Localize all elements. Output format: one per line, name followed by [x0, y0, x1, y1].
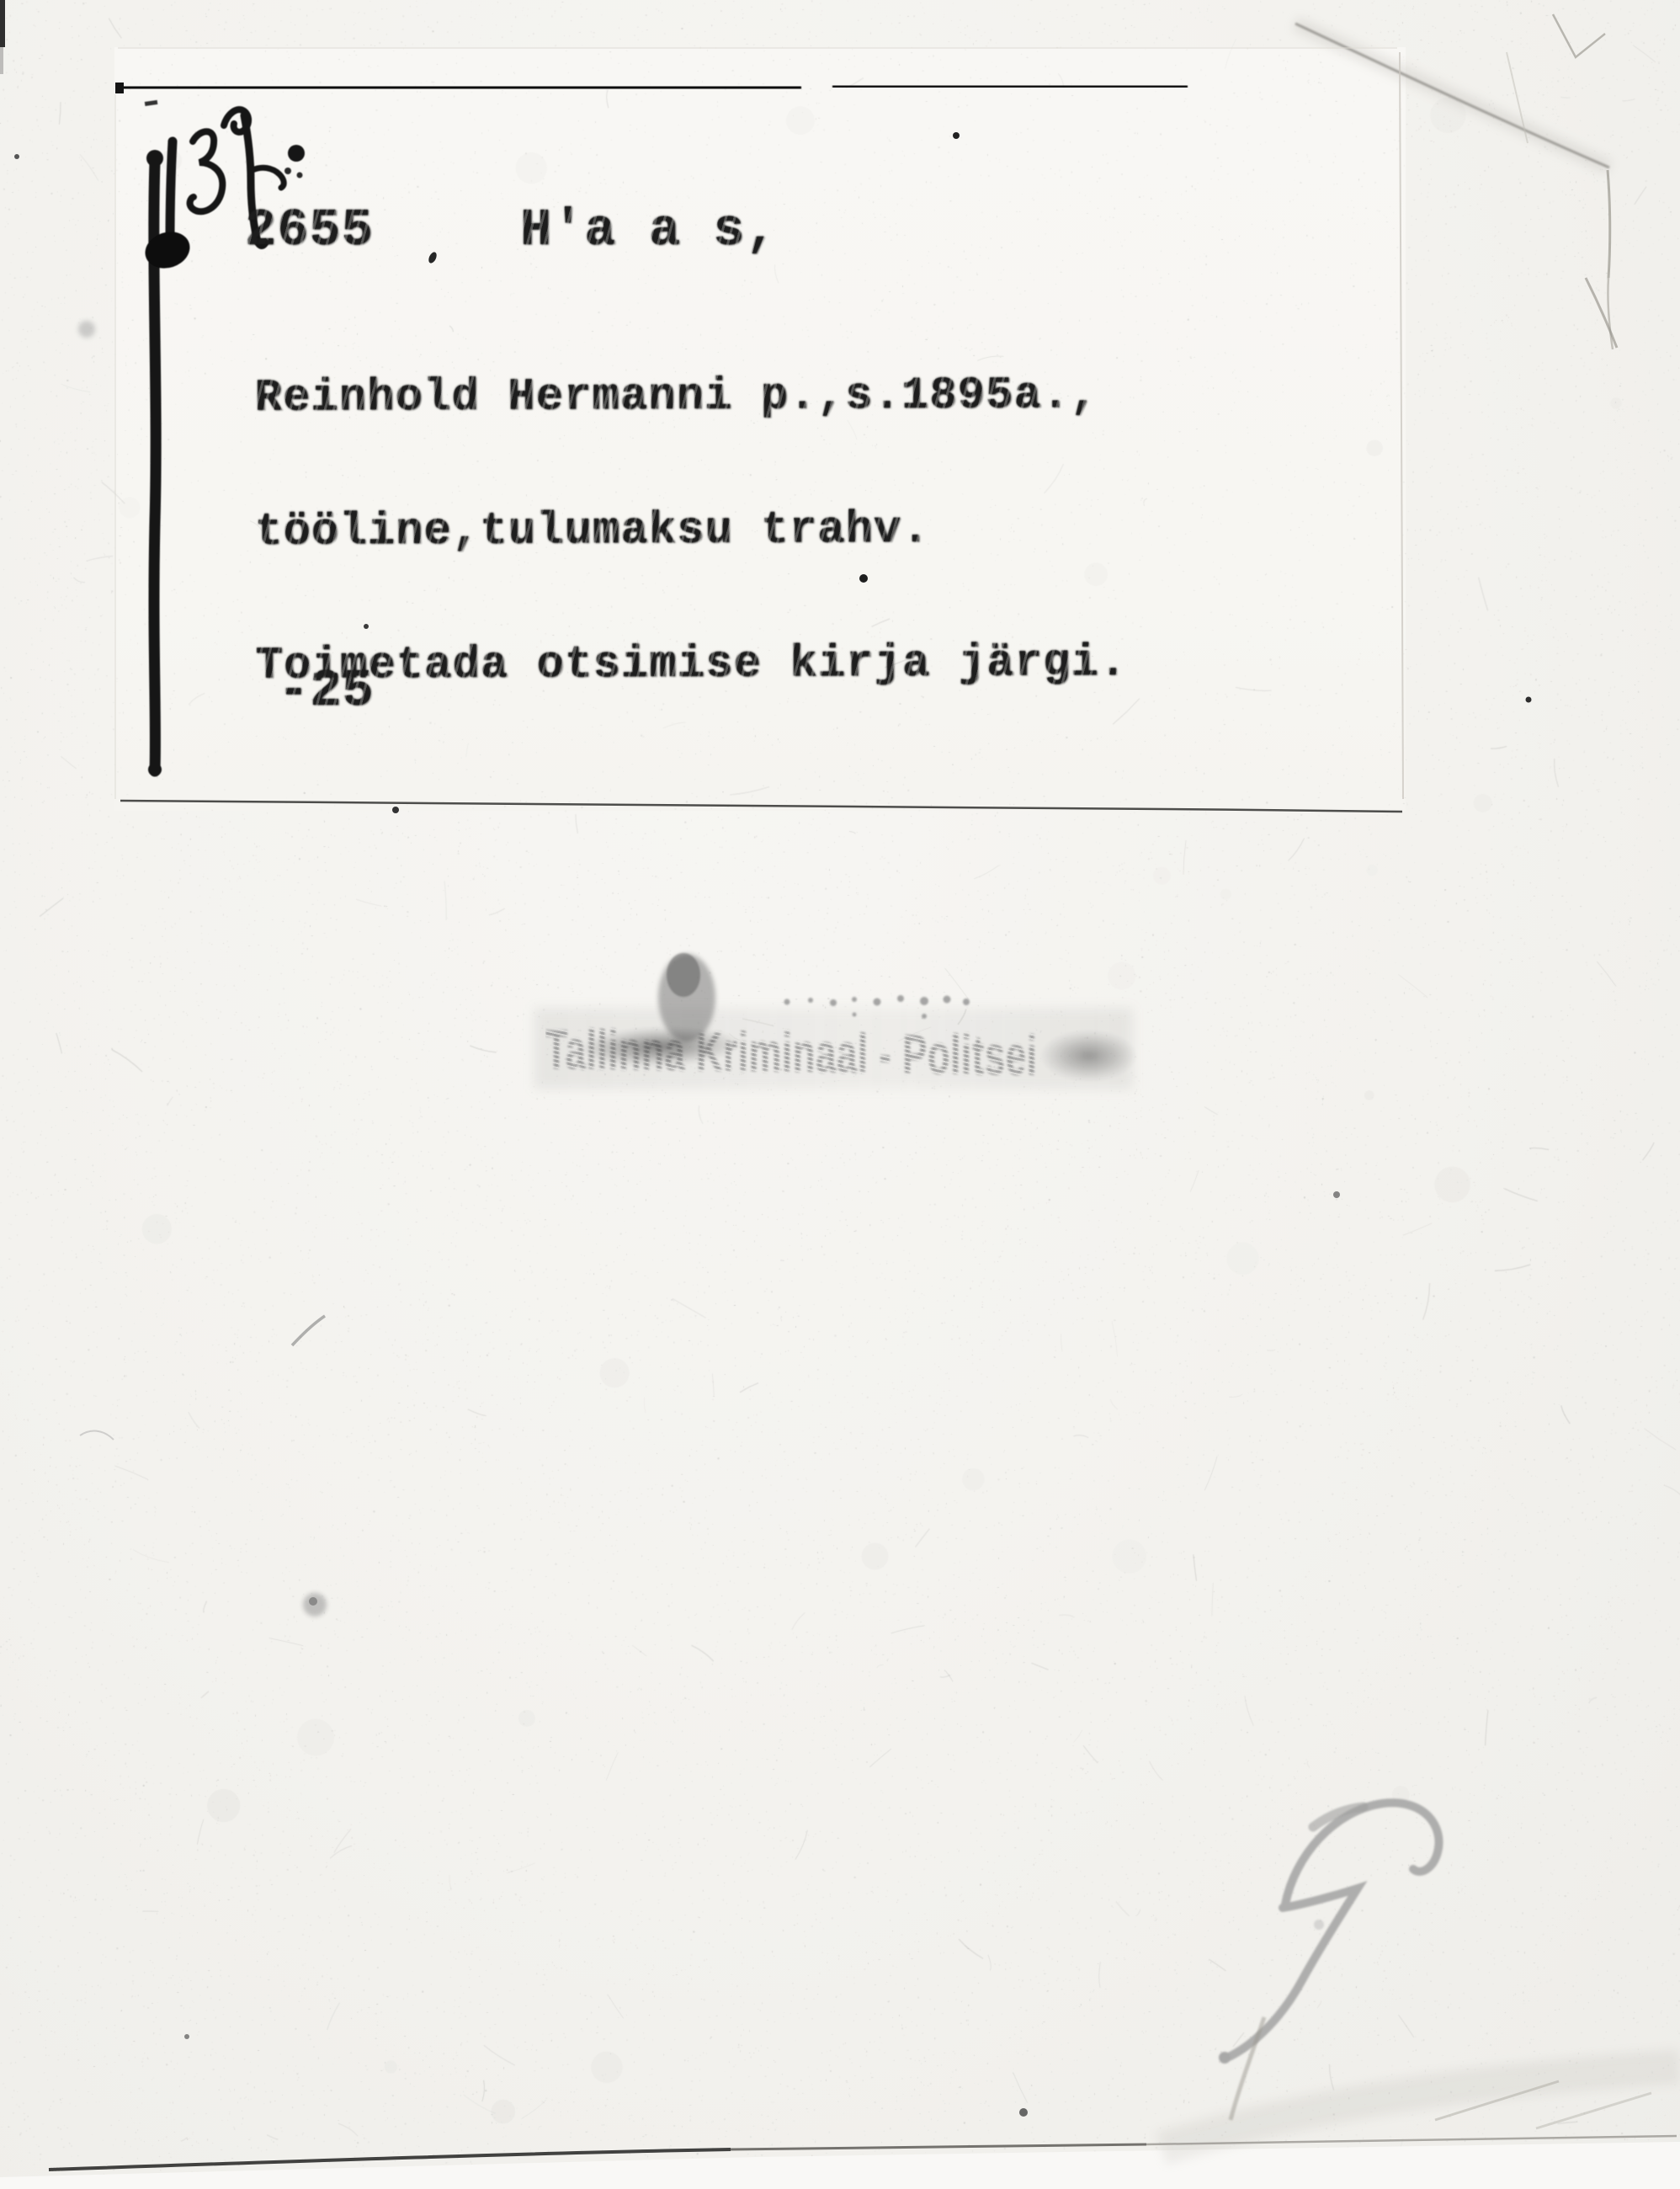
card-bottom-note: -25 — [278, 661, 375, 721]
detail-line: tööline,tulumaksu trahv. — [255, 507, 1127, 555]
detail-line: Toimetada otsimise kirja järgi. — [256, 641, 1128, 689]
detail-line: Reinhold Hermanni p.,s.1895a., — [254, 373, 1126, 421]
card-detail-text: Reinhold Hermanni p.,s.1895a., tööline,t… — [254, 284, 1127, 733]
pencil-mark — [1219, 1803, 1439, 2064]
page-bottom-edge — [0, 2017, 1680, 2189]
scanned-document: { "page": { "card": { "handwritten_numbe… — [0, 0, 1680, 2189]
surname-text: H'a a s, — [520, 200, 778, 260]
police-stamp-text: Tallinna Kriminaal - Politsei — [545, 1017, 1038, 1088]
registry-number: 2655 — [245, 200, 374, 260]
stamp-dots — [784, 995, 970, 1019]
